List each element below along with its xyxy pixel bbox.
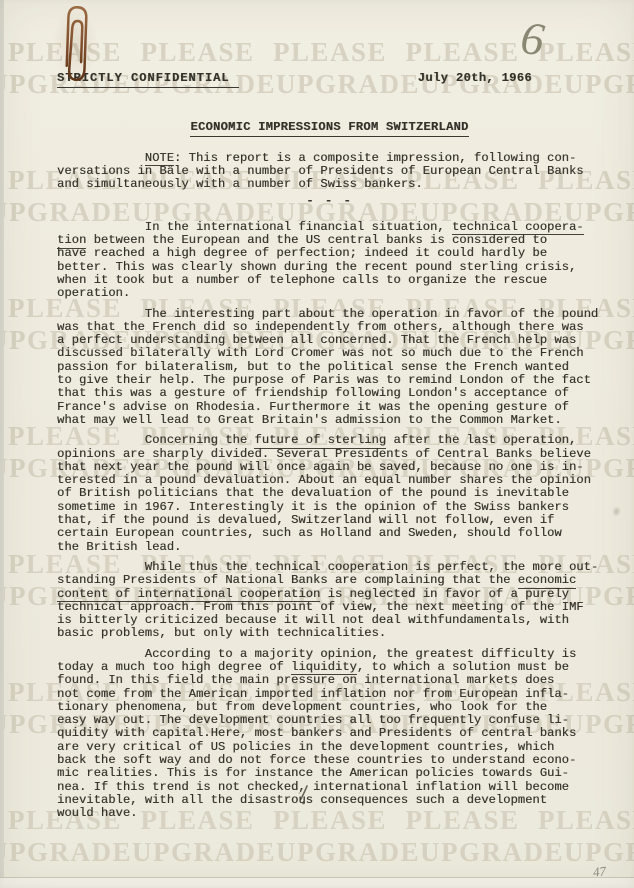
text-line: sometime in 1967. Interestingly it is th…	[57, 501, 602, 514]
paragraph: Concerning the future of sterling after …	[57, 434, 602, 554]
text-line: easy way out. The development countries …	[57, 714, 602, 727]
text-line: certain European countries, such as Holl…	[57, 527, 602, 540]
text-line: technical approach. From this point of v…	[57, 601, 602, 614]
scanned-document-page: PLEASEPLEASEPLEASEPLEASEPLEASEUPGRADEUPG…	[0, 0, 634, 888]
paragraph: In the international financial situation…	[57, 221, 602, 301]
text-line: passion for bilateralism, but to the pol…	[57, 361, 602, 374]
paragraph: The interesting part about the operation…	[57, 308, 602, 428]
title-row: ECONOMIC IMPRESSIONS FROM SWITZERLAND	[57, 121, 602, 137]
text-line: The interesting part about the operation…	[57, 308, 602, 321]
text-line: mic realities. This is for instance the …	[57, 767, 602, 780]
text-line: discussed bilaterally with Lord Cromer w…	[57, 347, 602, 360]
scan-left-edge	[0, 0, 4, 888]
text-line: a perfect understanding between all conc…	[57, 334, 602, 347]
document-header: STRICTLY CONFIDENTIAL July 20th, 1966	[57, 72, 602, 88]
text-line: that next year the pound will once again…	[57, 461, 602, 474]
text-line: was that the French did so independently…	[57, 321, 602, 334]
text-line: better. This was clearly shown during th…	[57, 261, 602, 274]
text-line: when it took but a number of telephone c…	[57, 274, 602, 287]
document-title: ECONOMIC IMPRESSIONS FROM SWITZERLAND	[190, 121, 468, 137]
text-line: operation.	[57, 287, 602, 300]
text-line: what may well lead to Great Britain's ad…	[57, 414, 602, 427]
text-line: versations in Bâle with a number of Pres…	[57, 165, 602, 178]
text-line: France's advise on Rhodesia. Furthermore…	[57, 401, 602, 414]
paperclip-icon	[54, 0, 101, 85]
text-line: that, if the pound is devalued, Switzerl…	[57, 514, 602, 527]
text-line: and simultaneously with a number of Swis…	[57, 178, 602, 191]
text-line: inevitable, with all the disastrous cons…	[57, 794, 602, 807]
text-line: of British politicians that the devaluat…	[57, 487, 602, 500]
text-line: not come from the American imported infl…	[57, 688, 602, 701]
paragraph: While thus the technical cooperation is …	[57, 561, 602, 641]
text-line: today a much too high degree of liquidit…	[57, 661, 602, 674]
watermark-word: UPGRADE	[564, 838, 634, 867]
text-line: that this was a gesture of friendship fo…	[57, 387, 602, 400]
text-line: have reached a high degree of perfection…	[57, 247, 602, 260]
text-line: Concerning the future of sterling after …	[57, 434, 602, 447]
text-line: According to a majority opinion, the gre…	[57, 648, 602, 661]
text-line: While thus the technical cooperation is …	[57, 561, 602, 574]
date-label: July 20th, 1966	[418, 72, 532, 88]
text-line: quidity with capital.Here, most bankers …	[57, 727, 602, 740]
pencil-smudge	[610, 505, 622, 518]
text-line: are very critical of US policies in the …	[57, 741, 602, 754]
text-line: found. In this field the main pressure o…	[57, 674, 602, 687]
watermark-row: UPGRADEUPGRADEUPGRADEUPGRADEUPGRADE	[0, 838, 634, 867]
section-separator: - - -	[57, 195, 602, 208]
document-body: In the international financial situation…	[57, 221, 602, 821]
text-line: In the international financial situation…	[57, 221, 602, 234]
paragraph: According to a majority opinion, the gre…	[57, 648, 602, 821]
text-line: the British lead.	[57, 541, 602, 554]
document-content: STRICTLY CONFIDENTIAL July 20th, 1966 EC…	[57, 0, 602, 821]
text-line: NOTE: This report is a composite impress…	[57, 152, 602, 165]
scan-bottom-edge	[0, 877, 634, 888]
text-line: content of international cooperation is …	[57, 588, 602, 601]
text-line: tionary phenomena, but from development …	[57, 701, 602, 714]
watermark-word: UPGRADE	[0, 838, 132, 867]
text-line: nea. If this trend is not checked, inter…	[57, 781, 602, 794]
watermark-word: UPGRADE	[132, 838, 276, 867]
corner-page-number: 47	[592, 863, 607, 880]
text-line: terested in a pound devaluation. About a…	[57, 474, 602, 487]
text-line: opinions are sharply divided. Several Pr…	[57, 448, 602, 461]
watermark-word: UPGRADE	[276, 838, 420, 867]
text-line: basic problems, but only with technicali…	[57, 627, 602, 640]
text-line: to give their help. The purpose of Paris…	[57, 374, 602, 387]
watermark-word: UPGRADE	[420, 838, 564, 867]
ink-smudge	[296, 784, 312, 808]
text-line: would have.	[57, 807, 602, 820]
note-paragraph: NOTE: This report is a composite impress…	[57, 152, 602, 192]
text-line: back the soft way and do not force these…	[57, 754, 602, 767]
text-line: is bitterly criticized because it will n…	[57, 614, 602, 627]
text-line: standing Presidents of National Banks ar…	[57, 574, 602, 587]
text-line: tion between the European and the US cen…	[57, 234, 602, 247]
